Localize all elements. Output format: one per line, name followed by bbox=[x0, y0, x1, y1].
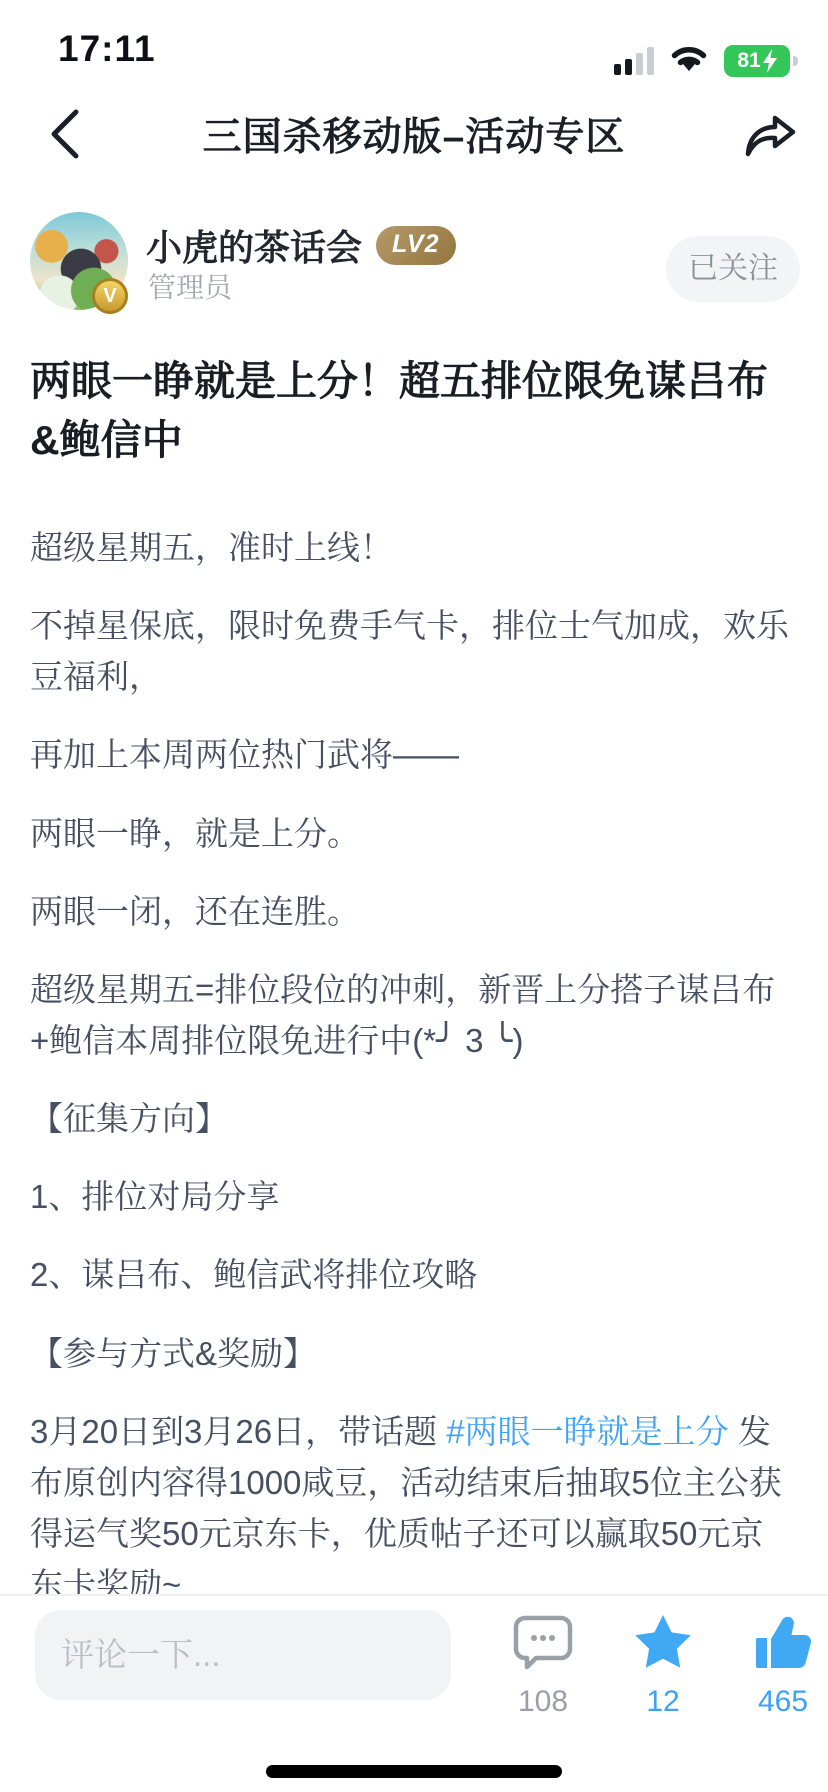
battery-charging-icon: 81 bbox=[724, 45, 790, 77]
post-paragraph: 超级星期五，准时上线！ bbox=[30, 522, 796, 573]
post-paragraph: 2、谋吕布、鲍信武将排位攻略 bbox=[30, 1249, 796, 1300]
cta-text-before: 3月20日到3月26日，带话题 bbox=[30, 1413, 446, 1450]
battery-percent: 81 bbox=[737, 49, 760, 73]
author-name[interactable]: 小虎的茶话会 bbox=[146, 220, 362, 271]
hashtag-link[interactable]: #两眼一睁就是上分 bbox=[446, 1413, 728, 1450]
share-arrow-icon[interactable] bbox=[742, 108, 798, 164]
comment-bubble-icon bbox=[512, 1612, 574, 1677]
status-icons: 81 bbox=[614, 42, 790, 79]
like-action[interactable]: 465 bbox=[737, 1612, 828, 1719]
post-paragraph-cta: 3月20日到3月26日，带话题 #两眼一睁就是上分 发布原创内容得1000咸豆，… bbox=[30, 1406, 796, 1611]
post-paragraph: 不掉星保底，限时免费手气卡，排位士气加成，欢乐豆福利， bbox=[30, 600, 796, 702]
favorite-count: 12 bbox=[646, 1685, 679, 1719]
status-time: 17:11 bbox=[58, 28, 156, 70]
post-body: 两眼一睁就是上分！超五排位限免谋吕布&鲍信中 超级星期五，准时上线！ 不掉星保底… bbox=[30, 352, 796, 1637]
author-role: 管理员 bbox=[148, 266, 232, 306]
post-paragraph: 两眼一睁，就是上分。 bbox=[30, 808, 796, 859]
comment-count: 108 bbox=[518, 1685, 568, 1719]
like-count: 465 bbox=[758, 1685, 808, 1719]
home-indicator[interactable] bbox=[266, 1765, 562, 1778]
comment-input[interactable] bbox=[35, 1610, 451, 1700]
post-paragraph: 再加上本周两位热门武将—— bbox=[30, 729, 796, 780]
wifi-icon bbox=[668, 42, 710, 79]
verified-badge: V bbox=[92, 278, 128, 314]
page-title: 三国杀移动版–活动专区 bbox=[114, 106, 714, 162]
level-badge: LV2 bbox=[376, 226, 455, 265]
back-button[interactable] bbox=[40, 104, 92, 164]
bottom-action-bar: 108 12 465 bbox=[0, 1594, 828, 1792]
post-title: 两眼一睁就是上分！超五排位限免谋吕布&鲍信中 bbox=[30, 352, 796, 470]
lightning-bolt-icon bbox=[763, 49, 777, 73]
thumbs-up-icon bbox=[754, 1612, 812, 1677]
post-paragraph: 1、排位对局分享 bbox=[30, 1171, 796, 1222]
post-paragraph: 超级星期五=排位段位的冲刺，新晋上分搭子谋吕布+鲍信本周排位限免进行中(*╯ 3… bbox=[30, 964, 796, 1066]
post-paragraph: 两眼一闭，还在连胜。 bbox=[30, 886, 796, 937]
star-icon bbox=[633, 1612, 693, 1677]
post-paragraph: 【参与方式&奖励】 bbox=[30, 1328, 796, 1379]
comment-action[interactable]: 108 bbox=[497, 1612, 589, 1719]
favorite-action[interactable]: 12 bbox=[621, 1612, 705, 1719]
post-paragraph: 【征集方向】 bbox=[30, 1093, 796, 1144]
nav-bar: 三国杀移动版–活动专区 bbox=[0, 92, 828, 176]
follow-button[interactable]: 已关注 bbox=[666, 236, 800, 302]
cellular-signal-icon bbox=[614, 47, 654, 75]
app-screen: 17:11 81 三国杀移动版–活动专区 V 小虎的茶话会 L bbox=[0, 0, 828, 1792]
